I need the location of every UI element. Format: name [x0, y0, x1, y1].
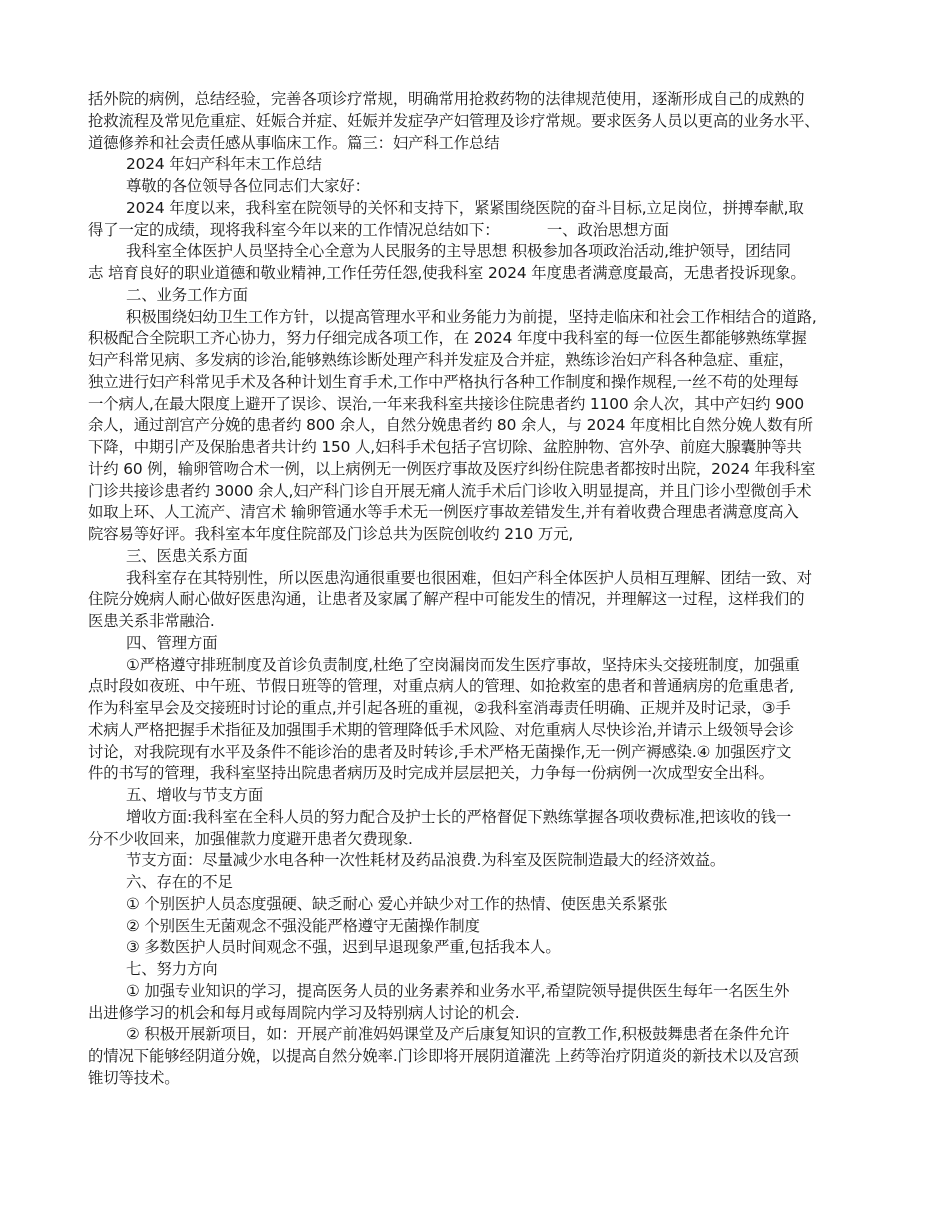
text-line: 抢救流程及常见危重症、妊娠合并症、妊娠并发症孕产妇管理及诊疗常规。要求医务人员以…	[88, 111, 878, 133]
text-line: 出进修学习的机会和每月或每周院内学习及特别病人讨论的机会.	[88, 1003, 878, 1025]
text-line: 讨论，对我院现有水平及条件不能诊治的患者及时转诊,手术严格无菌操作,无一例产褥感…	[88, 742, 878, 764]
text-line: 2024 年度以来，我科室在院领导的关怀和支持下，紧紧围绕医院的奋斗目标,立足岗…	[88, 198, 878, 220]
text-line: 医患关系非常融洽.	[88, 611, 878, 633]
text-line: 括外院的病例，总结经验，完善各项诊疗常规，明确常用抢救药物的法律规范使用，逐渐形…	[88, 89, 878, 111]
text-line: 2024 年妇产科年末工作总结	[88, 154, 878, 176]
text-line: ③ 多数医护人员时间观念不强，迟到早退现象严重,包括我本人。	[88, 937, 878, 959]
text-line: 计约 60 例，输卵管吻合术一例，以上病例无一例医疗事故及医疗纠纷住院患者都按时…	[88, 459, 878, 481]
text-line: 术病人严格把握手术指征及加强围手术期的管理降低手术风险、对危重病人尽快诊治,并请…	[88, 720, 878, 742]
text-line: 二、业务工作方面	[88, 285, 878, 307]
text-line: 的情况下能够经阴道分娩，以提高自然分娩率.门诊即将开展阴道灌洗 上药等治疗阴道炎…	[88, 1046, 878, 1068]
text-line: 住院分娩病人耐心做好医患沟通，让患者及家属了解产程中可能发生的情况，并理解这一过…	[88, 589, 878, 611]
text-line: 院容易等好评。我科室本年度住院部及门诊总共为医院创收约 210 万元,	[88, 524, 878, 546]
text-line: 余人，通过剖宫产分娩的患者约 800 余人，自然分娩患者约 80 余人，与 20…	[88, 415, 878, 437]
text-line: 四、管理方面	[88, 633, 878, 655]
text-line: 门诊共接诊患者约 3000 余人,妇产科门诊自开展无痛人流手术后门诊收入明显提高…	[88, 481, 878, 503]
text-line: 五、增收与节支方面	[88, 785, 878, 807]
text-line: 六、存在的不足	[88, 872, 878, 894]
text-line: 作为科室早会及交接班时讨论的重点,并引起各班的重视，②我科室消毒责任明确、正规并…	[88, 698, 878, 720]
text-line: 点时段如夜班、中午班、节假日班等的管理，对重点病人的管理、如抢救室的患者和普通病…	[88, 676, 878, 698]
text-line: 节支方面：尽量减少水电各种一次性耗材及药品浪费.为科室及医院制造最大的经济效益。	[88, 850, 878, 872]
text-line: ② 积极开展新项目，如：开展产前准妈妈课堂及产后康复知识的宣教工作,积极鼓舞患者…	[88, 1024, 878, 1046]
text-line: 志 培育良好的职业道德和敬业精神,工作任劳任怨,使我科室 2024 年度患者满意…	[88, 263, 878, 285]
text-line: ② 个别医生无菌观念不强没能严格遵守无菌操作制度	[88, 916, 878, 938]
text-line: ① 加强专业知识的学习，提高医务人员的业务素养和业务水平,希望院领导提供医生每年…	[88, 981, 878, 1003]
text-line: 一个病人,在最大限度上避开了误诊、误治,一年来我科室共接诊住院患者约 1100 …	[88, 394, 878, 416]
text-line: 如取上环、人工流产、清宫术 输卵管通水等手术无一例医疗事故差错发生,并有着收费合…	[88, 502, 878, 524]
text-line: ①严格遵守排班制度及首诊负责制度,杜绝了空岗漏岗而发生医疗事故，坚持床头交接班制…	[88, 655, 878, 677]
text-line: 分不少收回来，加强催款力度避开患者欠费现象.	[88, 829, 878, 851]
text-line: ① 个别医护人员态度强硬、缺乏耐心 爱心并缺少对工作的热情、使医患关系紧张	[88, 894, 878, 916]
text-line: 道德修养和社会责任感从事临床工作。篇三：妇产科工作总结	[88, 133, 878, 155]
text-line: 增收方面:我科室在全科人员的努力配合及护士长的严格督促下熟练掌握各项收费标准,把…	[88, 807, 878, 829]
text-line: 积极围绕妇幼卫生工作方针，以提高管理水平和业务能力为前提，坚持走临床和社会工作相…	[88, 307, 878, 329]
text-line: 独立进行妇产科常见手术及各种计划生育手术,工作中严格执行各种工作制度和操作规程,…	[88, 372, 878, 394]
document-page: 括外院的病例，总结经验，完善各项诊疗常规，明确常用抢救药物的法律规范使用，逐渐形…	[88, 89, 878, 1090]
text-line: 我科室全体医护人员坚持全心全意为人民服务的主导思想 积极参加各项政治活动,维护领…	[88, 241, 878, 263]
text-line: 得了一定的成绩，现将我科室今年以来的工作情况总结如下： 一、政治思想方面	[88, 220, 878, 242]
text-line: 件的书写的管理，我科室坚持出院患者病历及时完成并层层把关，力争每一份病例一次成型…	[88, 763, 878, 785]
text-line: 三、医患关系方面	[88, 546, 878, 568]
text-line: 妇产科常见病、多发病的诊治,能够熟练诊断处理产科并发症及合并症，熟练诊治妇产科各…	[88, 350, 878, 372]
text-line: 我科室存在其特别性，所以医患沟通很重要也很困难，但妇产科全体医护人员相互理解、团…	[88, 568, 878, 590]
text-line: 积极配合全院职工齐心协力，努力仔细完成各项工作，在 2024 年度中我科室的每一…	[88, 328, 878, 350]
text-line: 锥切等技术。	[88, 1068, 878, 1090]
text-line: 下降，中期引产及保胎患者共计约 150 人,妇科手术包括子宫切除、盆腔肿物、宫外…	[88, 437, 878, 459]
text-line: 七、努力方向	[88, 959, 878, 981]
text-line: 尊敬的各位领导各位同志们大家好：	[88, 176, 878, 198]
